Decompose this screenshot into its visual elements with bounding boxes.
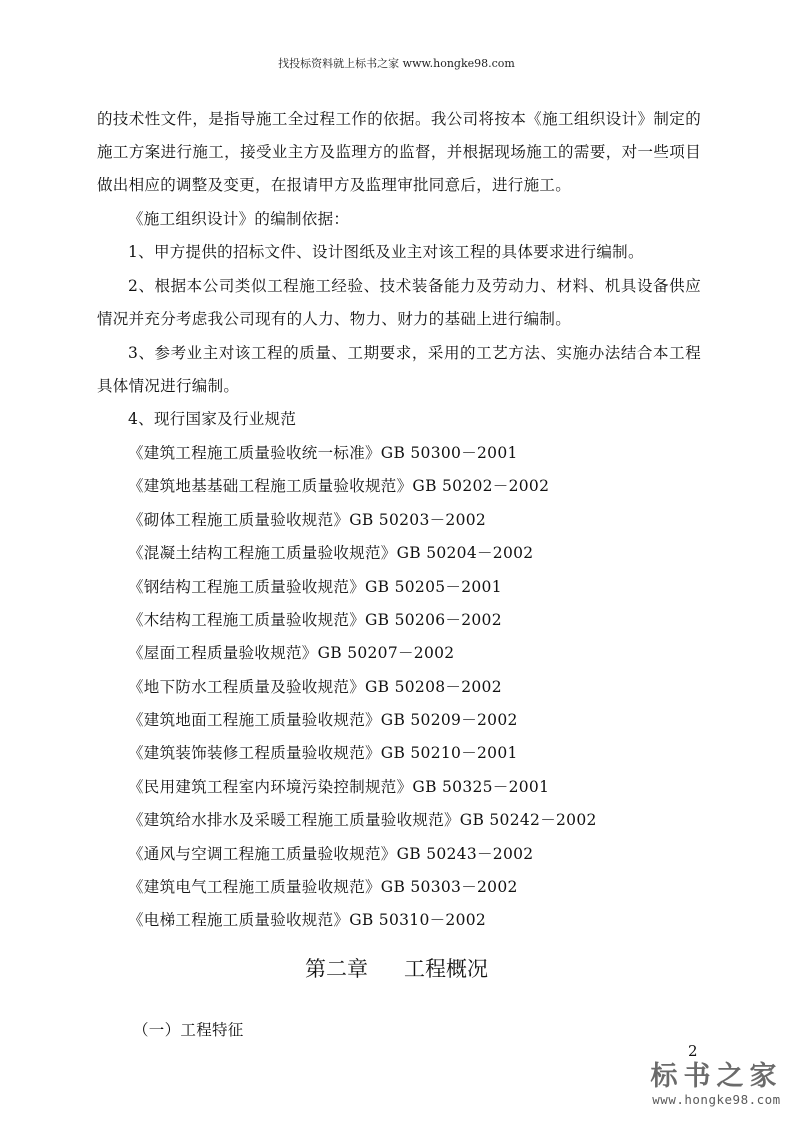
paragraph-line: 的技术性文件，是指导施工全过程工作的依据。我公司将按本《施工组织设计》制定的 [97, 107, 701, 129]
standard-item: 《建筑给水排水及采暖工程施工质量验收规范》GB 50242－2002 [128, 808, 597, 830]
section-heading: （一）工程特征 [133, 1018, 244, 1040]
standard-item: 《通风与空调工程施工质量验收规范》GB 50243－2002 [128, 842, 533, 864]
basis-item-3-cont: 具体情况进行编制。 [97, 374, 239, 396]
standard-item: 《钢结构工程施工质量验收规范》GB 50205－2001 [128, 575, 502, 597]
basis-title: 《施工组织设计》的编制依据： [128, 207, 349, 229]
basis-item-2: 2、根据本公司类似工程施工经验、技术装备能力及劳动力、材料、机具设备供应 [128, 274, 701, 296]
basis-item-1: 1、甲方提供的招标文件、设计图纸及业主对该工程的具体要求进行编制。 [128, 240, 644, 262]
chapter-heading: 第二章工程概况 [0, 953, 793, 983]
chapter-number: 第二章 [305, 957, 368, 981]
standard-item: 《砌体工程施工质量验收规范》GB 50203－2002 [128, 508, 486, 530]
standard-item: 《电梯工程施工质量验收规范》GB 50310－2002 [128, 908, 486, 930]
standard-item: 《屋面工程质量验收规范》GB 50207－2002 [128, 641, 454, 663]
page-number: 2 [688, 1042, 698, 1060]
logo-text: 标书之家 [640, 1062, 793, 1092]
standard-item: 《建筑电气工程施工质量验收规范》GB 50303－2002 [128, 875, 518, 897]
standard-item: 《地下防水工程质量及验收规范》GB 50208－2002 [128, 675, 502, 697]
standard-item: 《建筑地面工程施工质量验收规范》GB 50209－2002 [128, 708, 518, 730]
standard-item: 《木结构工程施工质量验收规范》GB 50206－2002 [128, 608, 502, 630]
page-header: 找投标资料就上标书之家 www.hongke98.com [0, 55, 793, 71]
standard-item: 《建筑装饰装修工程质量验收规范》GB 50210－2001 [128, 741, 518, 763]
basis-item-2-cont: 情况并充分考虑我公司现有的人力、物力、财力的基础上进行编制。 [97, 307, 571, 329]
standard-item: 《建筑地基基础工程施工质量验收规范》GB 50202－2002 [128, 474, 549, 496]
logo-url: www.hongke98.com [640, 1092, 793, 1108]
basis-item-4: 4、现行国家及行业规范 [128, 407, 296, 429]
chapter-title: 工程概况 [404, 957, 488, 981]
standard-item: 《民用建筑工程室内环境污染控制规范》GB 50325－2001 [128, 775, 549, 797]
paragraph-line: 施工方案进行施工，接受业主方及监理方的监督，并根据现场施工的需要，对一些项目 [97, 140, 701, 162]
standard-item: 《混凝土结构工程施工质量验收规范》GB 50204－2002 [128, 541, 533, 563]
watermark-logo: 标书之家 www.hongke98.com [640, 1062, 793, 1108]
basis-item-3: 3、参考业主对该工程的质量、工期要求，采用的工艺方法、实施办法结合本工程 [128, 341, 701, 363]
standard-item: 《建筑工程施工质量验收统一标准》GB 50300－2001 [128, 441, 518, 463]
paragraph-line: 做出相应的调整及变更，在报请甲方及监理审批同意后，进行施工。 [97, 173, 571, 195]
